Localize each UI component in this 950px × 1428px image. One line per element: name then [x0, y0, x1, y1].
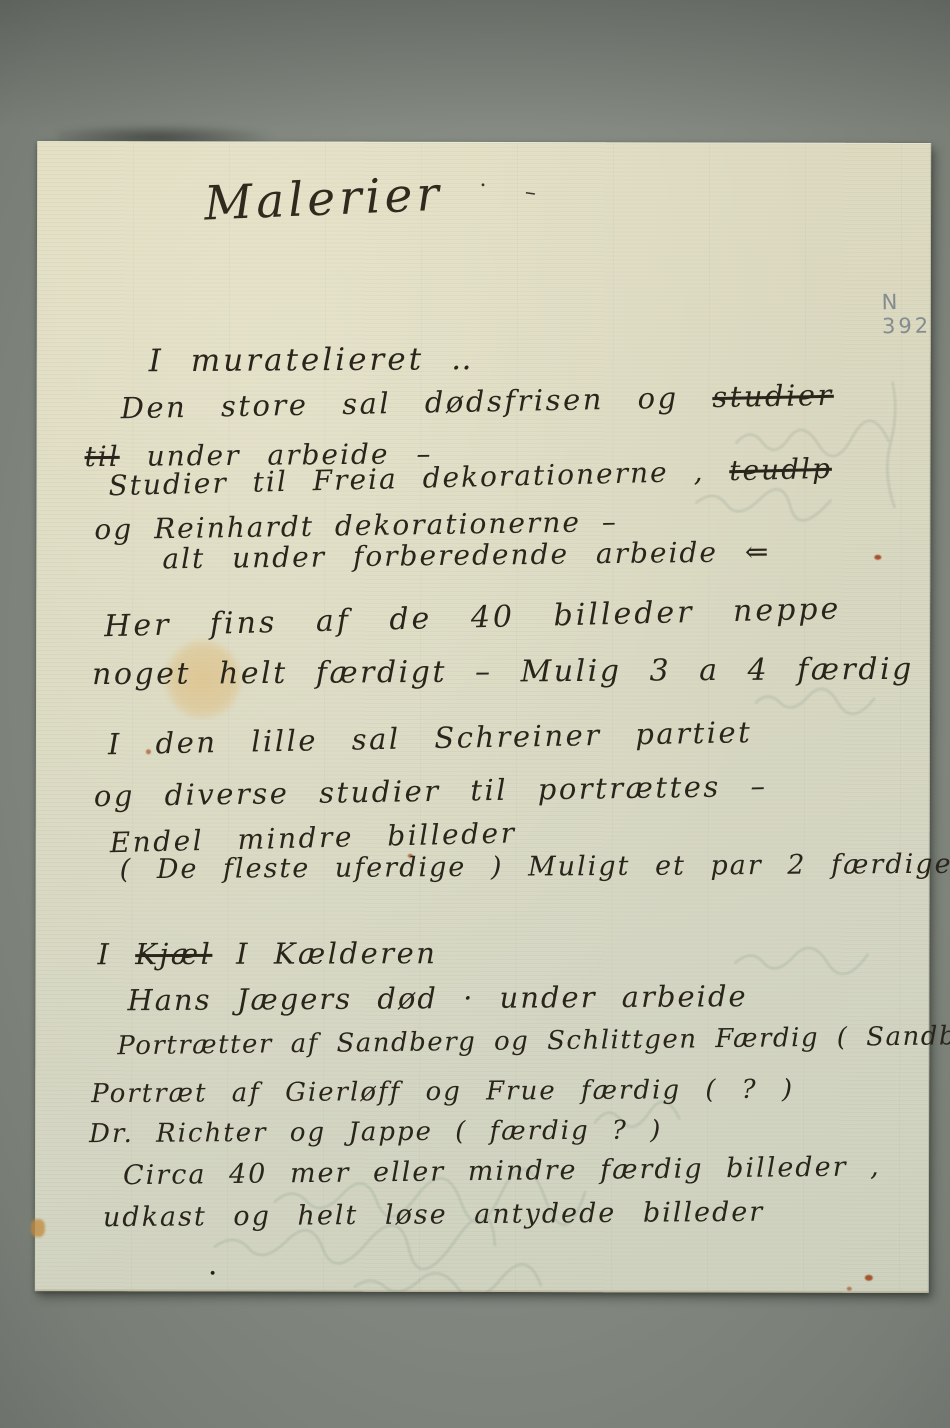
handwriting-text: Den store sal dødsfrisen og	[120, 380, 712, 425]
handwriting-text: noget helt færdigt – Mulig 3 a 4 færdig	[92, 652, 914, 692]
crossed-out-text: teudlp	[729, 452, 832, 487]
manuscript-page: N 392 Malerier · – . I muratelieret ‥Den…	[35, 141, 931, 1293]
photo-background: N 392 Malerier · – . I muratelieret ‥Den…	[0, 0, 950, 1428]
handwriting-line: ( De fleste uferdige ) Muligt et par 2 f…	[120, 849, 950, 886]
crossed-out-text: Kjæl	[135, 937, 212, 971]
handwriting-text: Her fins af de 40 billeder neppe	[104, 591, 842, 644]
end-mark: .	[208, 1247, 218, 1282]
manuscript-lines: Malerier · – . I muratelieret ‥Den store…	[35, 141, 931, 1293]
handwriting-text: ⇐	[745, 535, 771, 568]
handwriting-line: Portræt af Gierløff og Frue færdig ( ? )	[91, 1075, 794, 1110]
handwriting-text: og diverse studier til portrættes –	[94, 769, 768, 813]
page-title: Malerier	[203, 167, 444, 232]
handwriting-line: og diverse studier til portrættes –	[94, 769, 768, 813]
handwriting-line: Hans Jægers død · under arbeide	[127, 979, 747, 1017]
handwriting-line: alt under forberedende arbeide ⇐	[162, 535, 770, 575]
handwriting-line: Circa 40 mer eller mindre færdig billede…	[123, 1151, 881, 1191]
handwriting-text: udkast og helt løse antydede billeder	[103, 1197, 765, 1234]
handwriting-line: Dr. Richter og Jappe ( færdig ? )	[89, 1115, 662, 1149]
handwriting-text: Hans Jægers død · under arbeide	[127, 979, 747, 1017]
handwriting-line: Her fins af de 40 billeder neppe	[104, 591, 842, 644]
handwriting-line: I muratelieret ‥	[149, 341, 475, 379]
handwriting-line: I Kjæl I Kælderen	[97, 936, 437, 971]
handwriting-line: udkast og helt løse antydede billeder	[103, 1197, 765, 1234]
handwriting-text: ( De fleste uferdige ) Muligt et par 2 f…	[120, 849, 950, 886]
handwriting-line: noget helt færdigt – Mulig 3 a 4 færdig	[92, 652, 914, 692]
handwriting-text: Portræt af Gierløff og Frue færdig ( ? )	[91, 1075, 794, 1110]
handwriting-text: Circa 40 mer eller mindre færdig billede…	[123, 1151, 881, 1191]
handwriting-line: Portrætter af Sandberg og Schlittgen Fær…	[117, 1020, 950, 1061]
handwriting-text: alt under forberedende arbeide	[162, 535, 745, 575]
handwriting-line: Den store sal dødsfrisen og studier	[120, 378, 834, 425]
handwriting-text: I muratelieret ‥	[149, 341, 475, 379]
handwriting-line: I den lille sal Schreiner partiet	[108, 715, 753, 761]
handwriting-text: I den lille sal Schreiner partiet	[108, 715, 753, 761]
crossed-out-text: studier	[712, 378, 834, 414]
handwriting-text: Portrætter af Sandberg og Schlittgen Fær…	[117, 1020, 950, 1061]
handwriting-text: I Kælderen	[212, 936, 437, 971]
ink-marks: · –	[478, 173, 554, 208]
handwriting-text: I	[97, 937, 135, 971]
handwriting-text: Dr. Richter og Jappe ( færdig ? )	[89, 1115, 662, 1149]
